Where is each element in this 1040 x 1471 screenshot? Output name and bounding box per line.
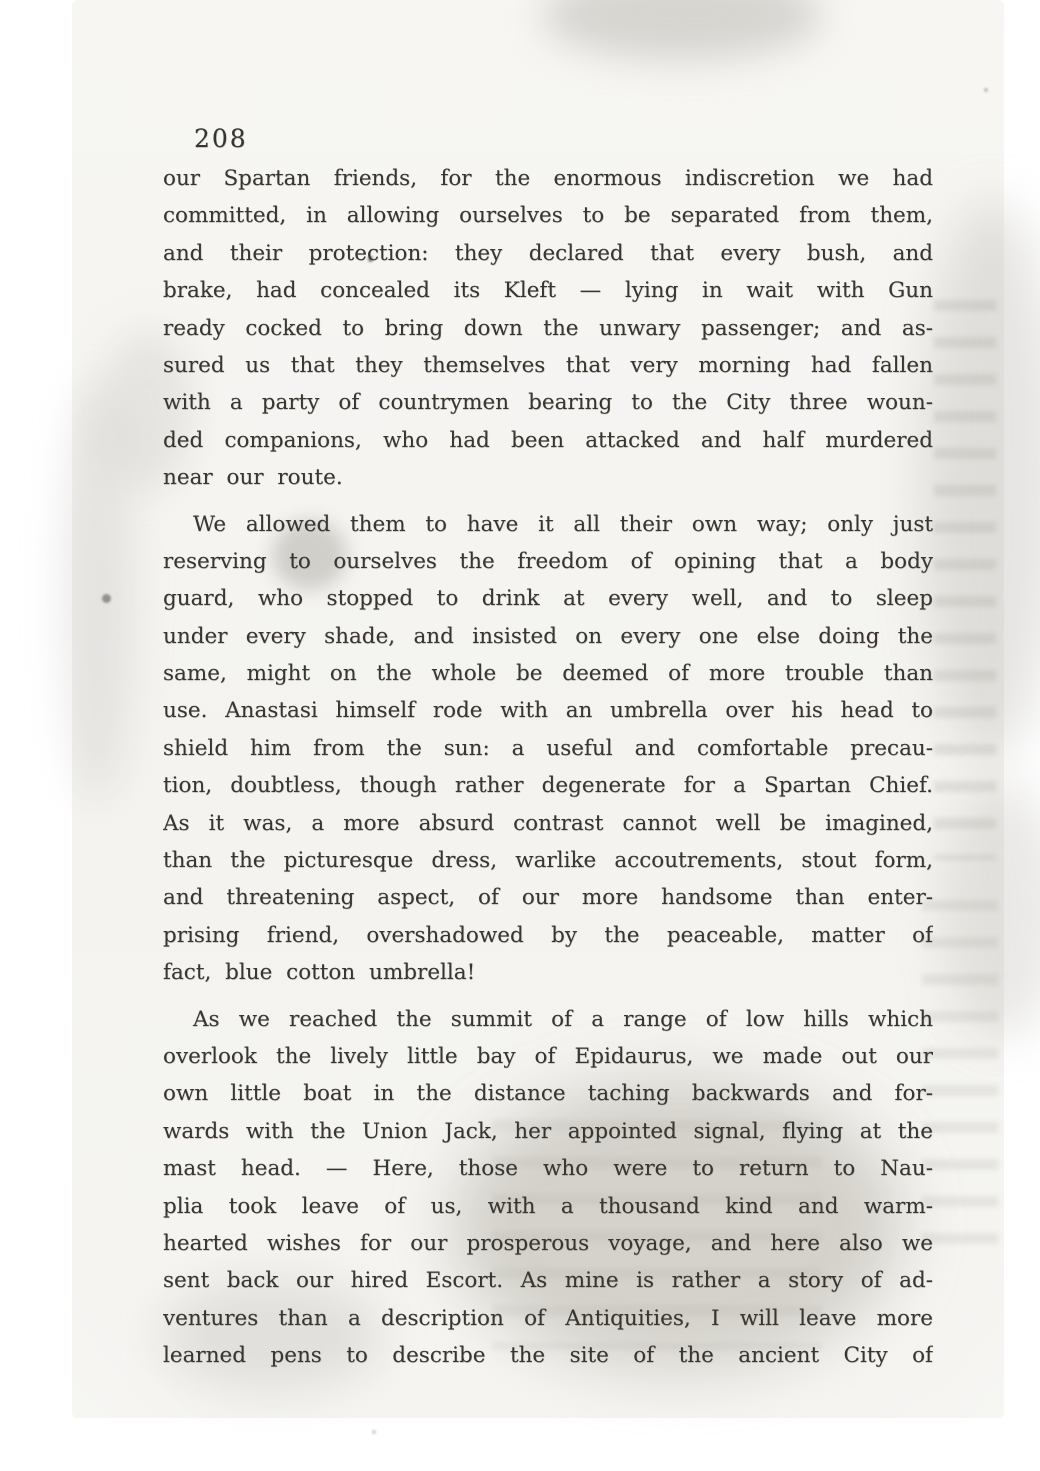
text-line: than the picturesque dress, warlike acco… [163,842,933,879]
text-line: brake, had concealed its Kleft — lying i… [163,272,933,309]
text-line: under every shade, and insisted on every… [163,618,933,655]
text-line: shield him from the sun: a useful and co… [163,730,933,767]
text-line: ded companions, who had been attacked an… [163,422,933,459]
paper-stain [922,200,1040,760]
ink-speck [102,594,111,603]
text-line: ventures than a description of Antiquiti… [163,1300,933,1337]
text-line: guard, who stopped to drink at every wel… [163,580,933,617]
text-line: mast head. — Here, those who were to ret… [163,1150,933,1187]
text-line: use. Anastasi himself rode with an umbre… [163,692,933,729]
text-line: same, might on the whole be deemed of mo… [163,655,933,692]
bleed-through [922,900,998,1260]
text-line: We allowed them to have it all their own… [163,506,933,543]
text-line: our Spartan friends, for the enormous in… [163,160,933,197]
paper-stain [542,0,822,60]
scanned-document: 208 our Spartan friends, for the enormou… [0,0,1040,1471]
text-line: As we reached the summit of a range of l… [163,1001,933,1038]
bleed-through [934,300,996,860]
ink-speck [372,1430,376,1434]
paper-stain [62,380,132,800]
text-line: and threatening aspect, of our more hand… [163,879,933,916]
text-line: sent back our hired Escort. As mine is r… [163,1262,933,1299]
text-line: and their protection: they declared that… [163,235,933,272]
book-page: 208 our Spartan friends, for the enormou… [72,0,1004,1418]
text-line: hearted wishes for our prosperous voyage… [163,1225,933,1262]
paper-stain [942,780,1040,1040]
text-line: near our route. [163,459,933,496]
paragraph-3: As we reached the summit of a range of l… [163,1001,933,1375]
text-line: overlook the lively little bay of Epidau… [163,1038,933,1075]
text-line: own little boat in the distance taching … [163,1075,933,1112]
text-line: reserving to ourselves the freedom of op… [163,543,933,580]
paragraph-1: our Spartan friends, for the enormous in… [163,160,933,497]
text-line: plia took leave of us, with a thousand k… [163,1188,933,1225]
text-line: wards with the Union Jack, her appointed… [163,1113,933,1150]
text-line: tion, doubtless, though rather degenerat… [163,767,933,804]
text-block: our Spartan friends, for the enormous in… [163,160,933,1375]
paragraph-2: We allowed them to have it all their own… [163,506,933,992]
text-line: ready cocked to bring down the unwary pa… [163,310,933,347]
text-line: sured us that they themselves that very … [163,347,933,384]
page-number: 208 [194,124,248,153]
text-line: As it was, a more absurd contrast cannot… [163,805,933,842]
text-line: committed, in allowing ourselves to be s… [163,197,933,234]
ink-speck [984,88,988,92]
text-line: prising friend, overshadowed by the peac… [163,917,933,954]
text-line: learned pens to describe the site of the… [163,1337,933,1374]
text-line: with a party of countrymen bearing to th… [163,384,933,421]
text-line: fact, blue cotton umbrella! [163,954,933,991]
